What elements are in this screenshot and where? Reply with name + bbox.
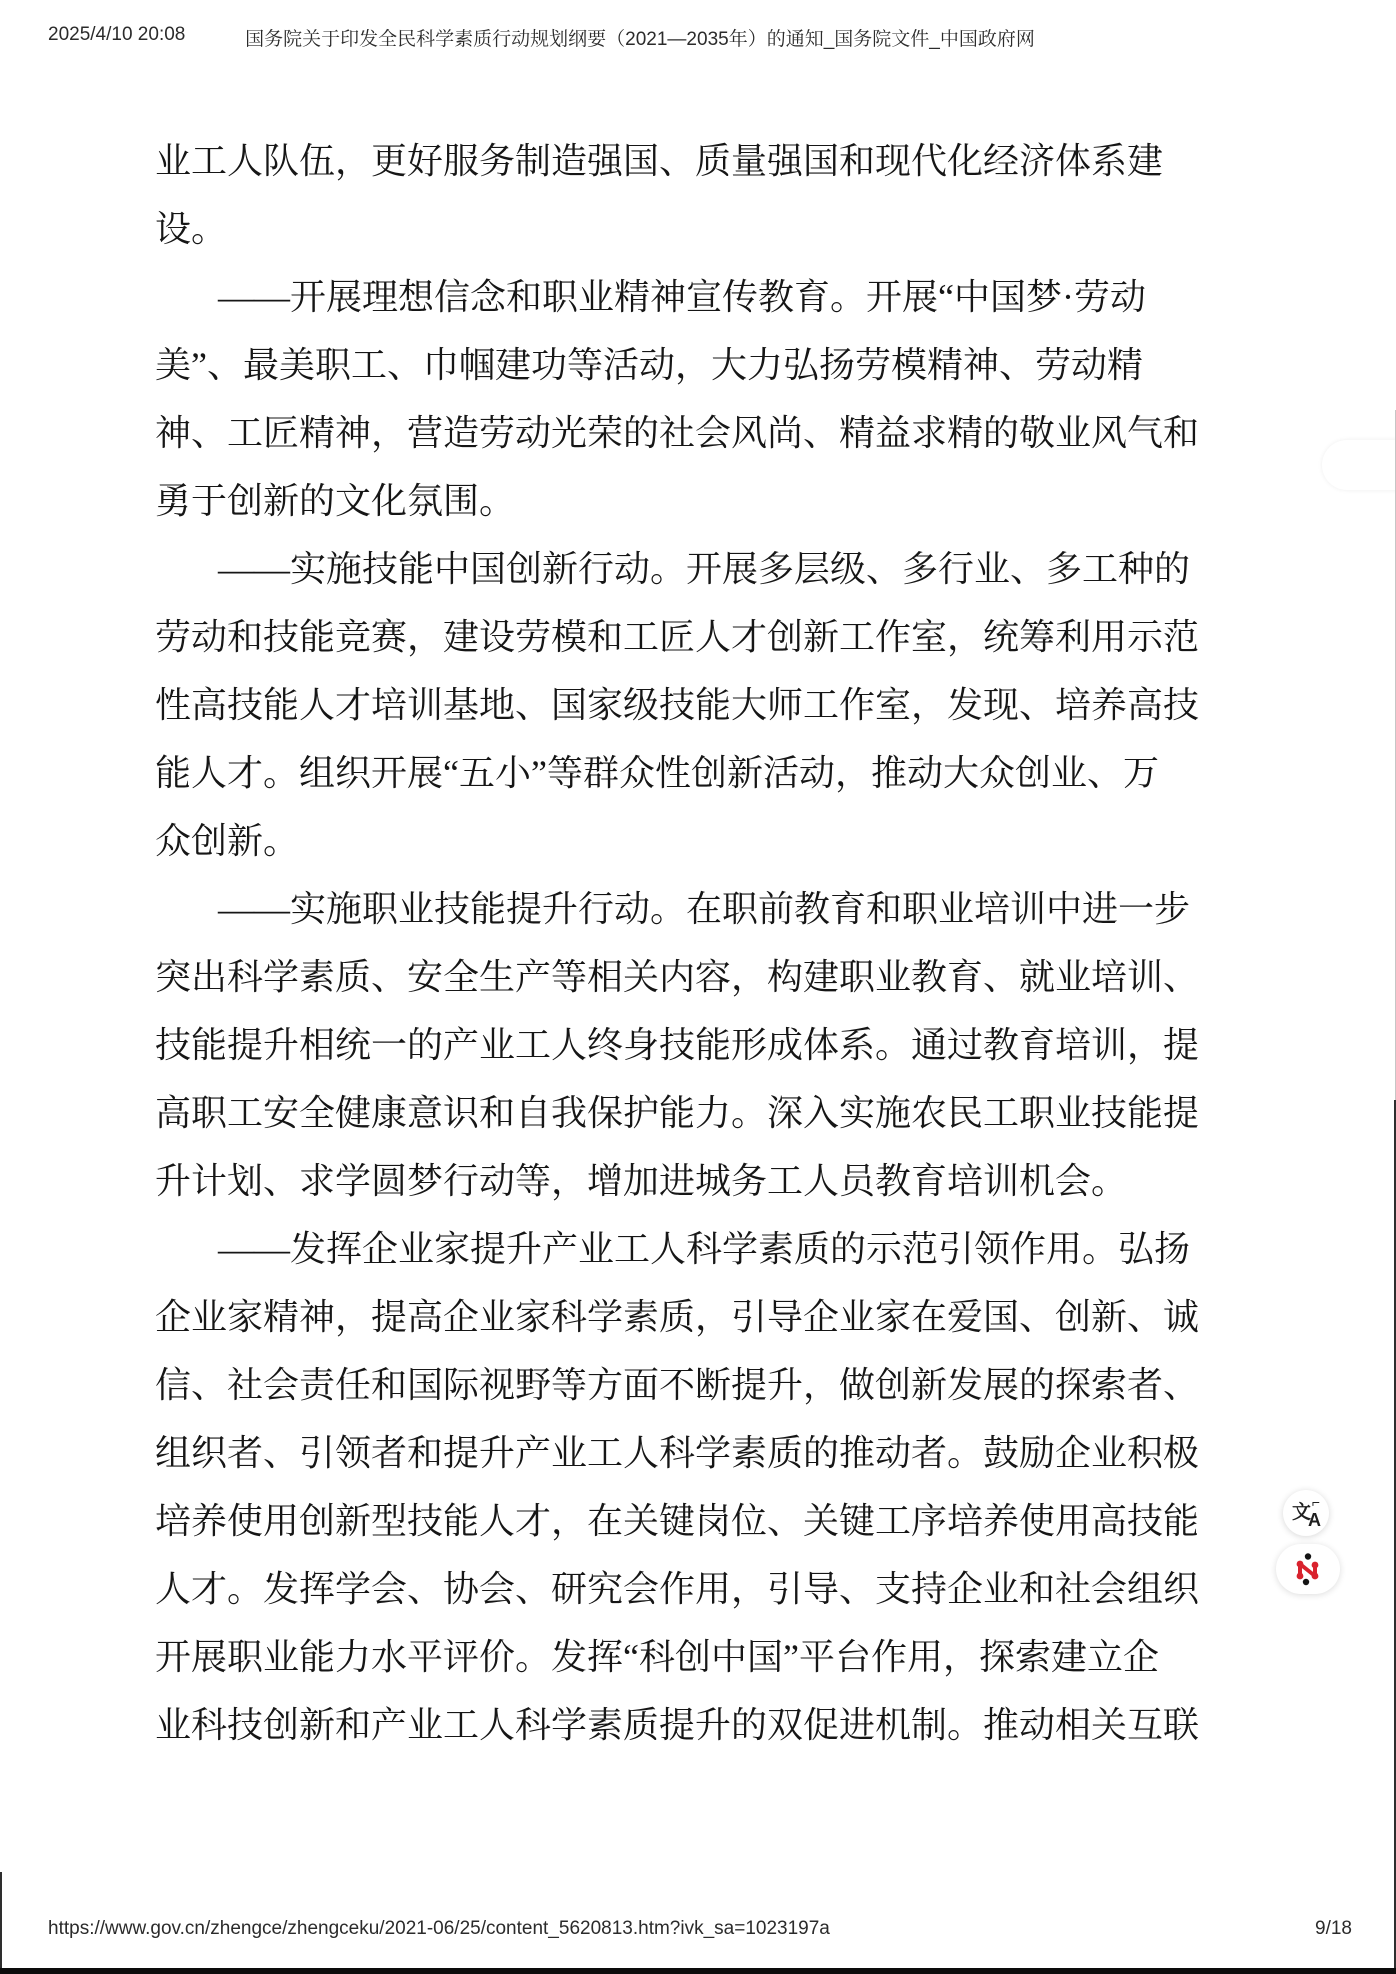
body-text-line: ——发挥企业家提升产业工人科学素质的示范引领作用。弘扬: [155, 1215, 1240, 1283]
body-text-line: 高职工安全健康意识和自我保护能力。深入实施农民工职业技能提: [155, 1079, 1240, 1147]
body-text-line: 性高技能人才培训基地、国家级技能大师工作室，发现、培养高技: [155, 671, 1240, 739]
document-body: 业工人队伍，更好服务制造强国、质量强国和现代化经济体系建设。——开展理想信念和职…: [155, 127, 1240, 1759]
body-text-line: 美”、最美职工、巾帼建功等活动，大力弘扬劳模精神、劳动精: [155, 331, 1240, 399]
translate-icon-mark: ⌐: [1312, 1494, 1320, 1510]
extension-button[interactable]: [1276, 1544, 1340, 1594]
window-left-edge: [0, 1872, 2, 1974]
print-preview-page: 2025/4/10 20:08 国务院关于印发全民科学素质行动规划纲要（2021…: [0, 0, 1396, 1974]
body-text-line: 设。: [155, 195, 1240, 263]
body-text-line: 企业家精神，提高企业家科学素质，引导企业家在爱国、创新、诚: [155, 1283, 1240, 1351]
body-text-line: 组织者、引领者和提升产业工人科学素质的推动者。鼓励企业积极: [155, 1419, 1240, 1487]
body-text-line: 神、工匠精神，营造劳动光荣的社会风尚、精益求精的敬业风气和: [155, 399, 1240, 467]
translate-button[interactable]: 文 ⌐ A: [1283, 1490, 1329, 1536]
molecule-n-icon: [1291, 1552, 1325, 1586]
body-text-line: 劳动和技能竞赛，建设劳模和工匠人才创新工作室，统筹利用示范: [155, 603, 1240, 671]
body-text-line: 众创新。: [155, 807, 1240, 875]
header-datetime: 2025/4/10 20:08: [48, 24, 185, 46]
body-text-line: ——开展理想信念和职业精神宣传教育。开展“中国梦·劳动: [155, 263, 1240, 331]
faint-widget-pill: [1322, 440, 1396, 490]
window-bottom-edge: [0, 1968, 1396, 1974]
header-document-title: 国务院关于印发全民科学素质行动规划纲要（2021—2035年）的通知_国务院文件…: [245, 24, 1035, 51]
body-text-line: 技能提升相统一的产业工人终身技能形成体系。通过教育培训，提: [155, 1011, 1240, 1079]
translate-icon-letter: A: [1308, 1510, 1321, 1531]
footer-url: https://www.gov.cn/zhengce/zhengceku/202…: [48, 1918, 830, 1940]
body-text-line: ——实施职业技能提升行动。在职前教育和职业培训中进一步: [155, 875, 1240, 943]
body-text-line: 人才。发挥学会、协会、研究会作用，引导、支持企业和社会组织: [155, 1555, 1240, 1623]
body-text-line: 突出科学素质、安全生产等相关内容，构建职业教育、就业培训、: [155, 943, 1240, 1011]
body-text-line: 信、社会责任和国际视野等方面不断提升，做创新发展的探索者、: [155, 1351, 1240, 1419]
body-text-line: 开展职业能力水平评价。发挥“科创中国”平台作用，探索建立企: [155, 1623, 1240, 1691]
body-text-line: ——实施技能中国创新行动。开展多层级、多行业、多工种的: [155, 535, 1240, 603]
body-text-line: 业工人队伍，更好服务制造强国、质量强国和现代化经济体系建: [155, 127, 1240, 195]
body-text-line: 培养使用创新型技能人才，在关键岗位、关键工序培养使用高技能: [155, 1487, 1240, 1555]
body-text-line: 能人才。组织开展“五小”等群众性创新活动，推动大众创业、万: [155, 739, 1240, 807]
body-text-line: 升计划、求学圆梦行动等，增加进城务工人员教育培训机会。: [155, 1147, 1240, 1215]
footer-page-number: 9/18: [1315, 1918, 1352, 1940]
body-text-line: 勇于创新的文化氛围。: [155, 467, 1240, 535]
body-text-line: 业科技创新和产业工人科学素质提升的双促进机制。推动相关互联: [155, 1691, 1240, 1759]
